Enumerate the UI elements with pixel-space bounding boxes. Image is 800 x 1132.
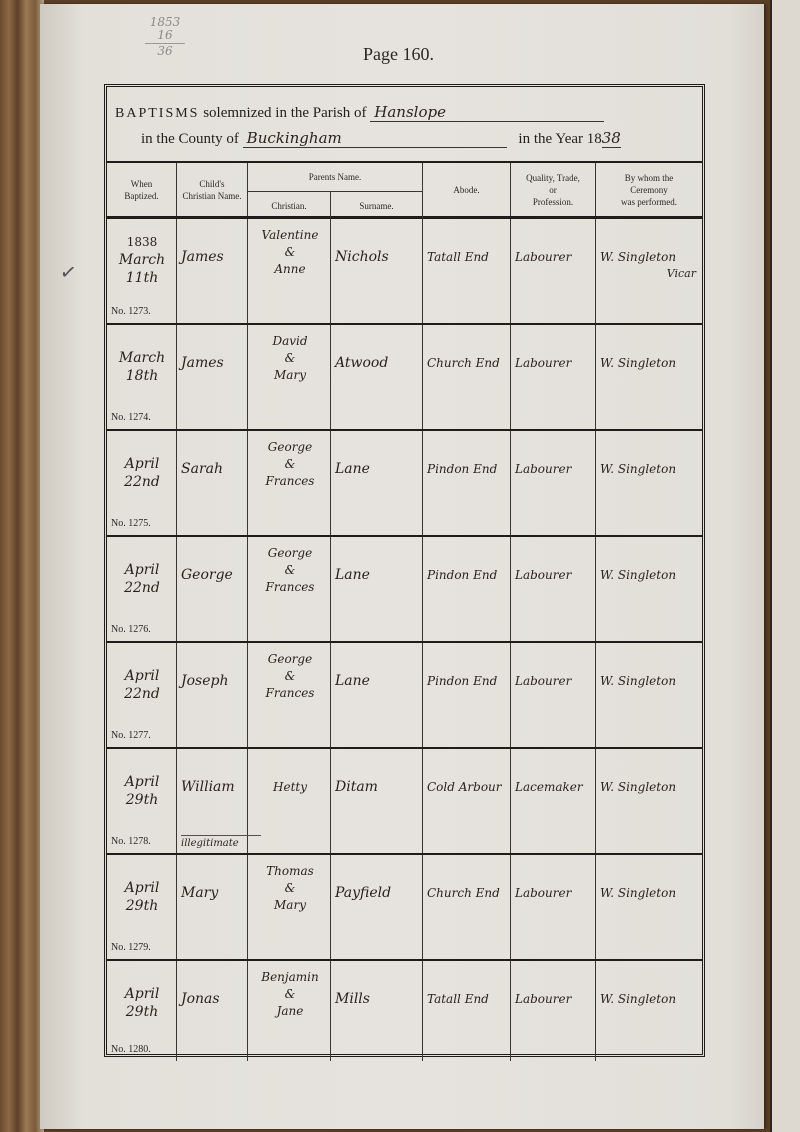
table-row: 1838March11th No. 1273. James Valentine&… [107,219,702,325]
cell-parents-christian: David&Mary [248,325,331,429]
table-row: March18th No. 1274. James David&Mary Atw… [107,325,702,431]
header-by-whom: By whom theCeremonywas performed. [596,163,702,216]
table-row: April29th No. 1280. Jonas Benjamin&Jane … [107,961,702,1061]
county-field: Buckingham [243,129,507,148]
entry-number: No. 1275. [111,518,151,529]
entry-number: No. 1279. [111,942,151,953]
page-number: Page 160. [363,44,434,65]
entry-number: No. 1280. [111,1044,151,1055]
cell-surname: Atwood [331,325,423,429]
cell-parents-christian: Thomas&Mary [248,855,331,959]
cell-surname: Nichols [331,219,423,323]
pencil-annotation: 1853 16 36 [145,16,185,58]
adjacent-page-edge [770,0,800,1132]
cell-child: Joseph [177,643,248,747]
header-quality: Quality, Trade,orProfession. [511,163,596,216]
cell-child: James [177,219,248,323]
header-parents-surname: Surname. [331,192,423,219]
cell-abode: Cold Arbour [423,749,511,853]
cell-trade: Labourer [511,219,596,323]
cell-trade: Lacemaker [511,749,596,853]
cell-by-whom: W. Singleton [596,855,702,959]
cell-date: March18th No. 1274. [107,325,177,429]
cell-by-whom: W. Singleton Vicar [596,219,702,323]
cell-trade: Labourer [511,431,596,535]
table-row: April22nd No. 1277. Joseph George&France… [107,643,702,749]
cell-trade: Labourer [511,855,596,959]
cell-parents-christian: Valentine&Anne [248,219,331,323]
baptism-register-table: BAPTISMS solemnized in the Parish of Han… [104,84,705,1057]
table-row: April29th No. 1279. Mary Thomas&Mary Pay… [107,855,702,961]
cell-date: April22nd No. 1277. [107,643,177,747]
county-label: in the County of [141,131,239,147]
cell-surname: Mills [331,961,423,1061]
cell-abode: Pindon End [423,643,511,747]
entry-number: No. 1276. [111,624,151,635]
cell-by-whom: W. Singleton [596,749,702,853]
cell-parents-christian: George&Frances [248,431,331,535]
cell-parents-christian: Hetty [248,749,331,853]
cell-trade: Labourer [511,537,596,641]
cell-date: April29th No. 1278. [107,749,177,853]
cell-by-whom: W. Singleton [596,961,702,1061]
header-when: WhenBaptized. [107,163,177,216]
heading-caps: BAPTISMS [115,106,199,121]
header-parents-christian: Christian. [248,192,331,219]
book-binding [0,0,44,1132]
cell-child: James [177,325,248,429]
cell-abode: Church End [423,855,511,959]
cell-parents-christian: George&Frances [248,537,331,641]
header-parents: Parents Name. [248,163,423,192]
cell-date: 1838March11th No. 1273. [107,219,177,323]
cell-by-whom: W. Singleton [596,325,702,429]
cell-abode: Tatall End [423,219,511,323]
entry-number: No. 1277. [111,730,151,741]
entry-number: No. 1274. [111,412,151,423]
cell-surname: Ditam [331,749,423,853]
year-label: in the Year 18 [518,131,601,147]
cell-trade: Labourer [511,325,596,429]
cell-surname: Lane [331,537,423,641]
cell-child: Sarah [177,431,248,535]
cell-by-whom: W. Singleton [596,537,702,641]
column-header: WhenBaptized. Child'sChristian Name. Par… [107,161,702,219]
cell-trade: Labourer [511,961,596,1061]
cell-by-whom: W. Singleton [596,643,702,747]
header-abode: Abode. [423,163,511,216]
cell-surname: Payfield [331,855,423,959]
cell-child: William illegitimate [177,749,248,853]
parish-field: Hanslope [370,103,604,122]
cell-abode: Pindon End [423,431,511,535]
cell-abode: Pindon End [423,537,511,641]
entry-number: No. 1278. [111,836,151,847]
cell-surname: Lane [331,431,423,535]
entry-number: No. 1273. [111,306,151,317]
cell-date: April22nd No. 1275. [107,431,177,535]
heading-solemnized: solemnized in the Parish of [203,105,366,121]
cell-date: April29th No. 1279. [107,855,177,959]
register-heading: BAPTISMS solemnized in the Parish of Han… [107,87,702,161]
cell-surname: Lane [331,643,423,747]
cell-child: George [177,537,248,641]
cell-trade: Labourer [511,643,596,747]
cell-child: Jonas [177,961,248,1061]
table-row: April29th No. 1278. William illegitimate… [107,749,702,855]
cell-child: Mary [177,855,248,959]
cell-date: April22nd No. 1276. [107,537,177,641]
cell-abode: Church End [423,325,511,429]
table-row: April22nd No. 1275. Sarah George&Frances… [107,431,702,537]
cell-date: April29th No. 1280. [107,961,177,1061]
table-row: April22nd No. 1276. George George&France… [107,537,702,643]
cell-parents-christian: George&Frances [248,643,331,747]
header-child: Child'sChristian Name. [177,163,248,216]
cell-by-whom: W. Singleton [596,431,702,535]
year-field: 38 [602,129,621,148]
check-mark-icon: ✓ [58,259,78,285]
cell-parents-christian: Benjamin&Jane [248,961,331,1061]
cell-abode: Tatall End [423,961,511,1061]
